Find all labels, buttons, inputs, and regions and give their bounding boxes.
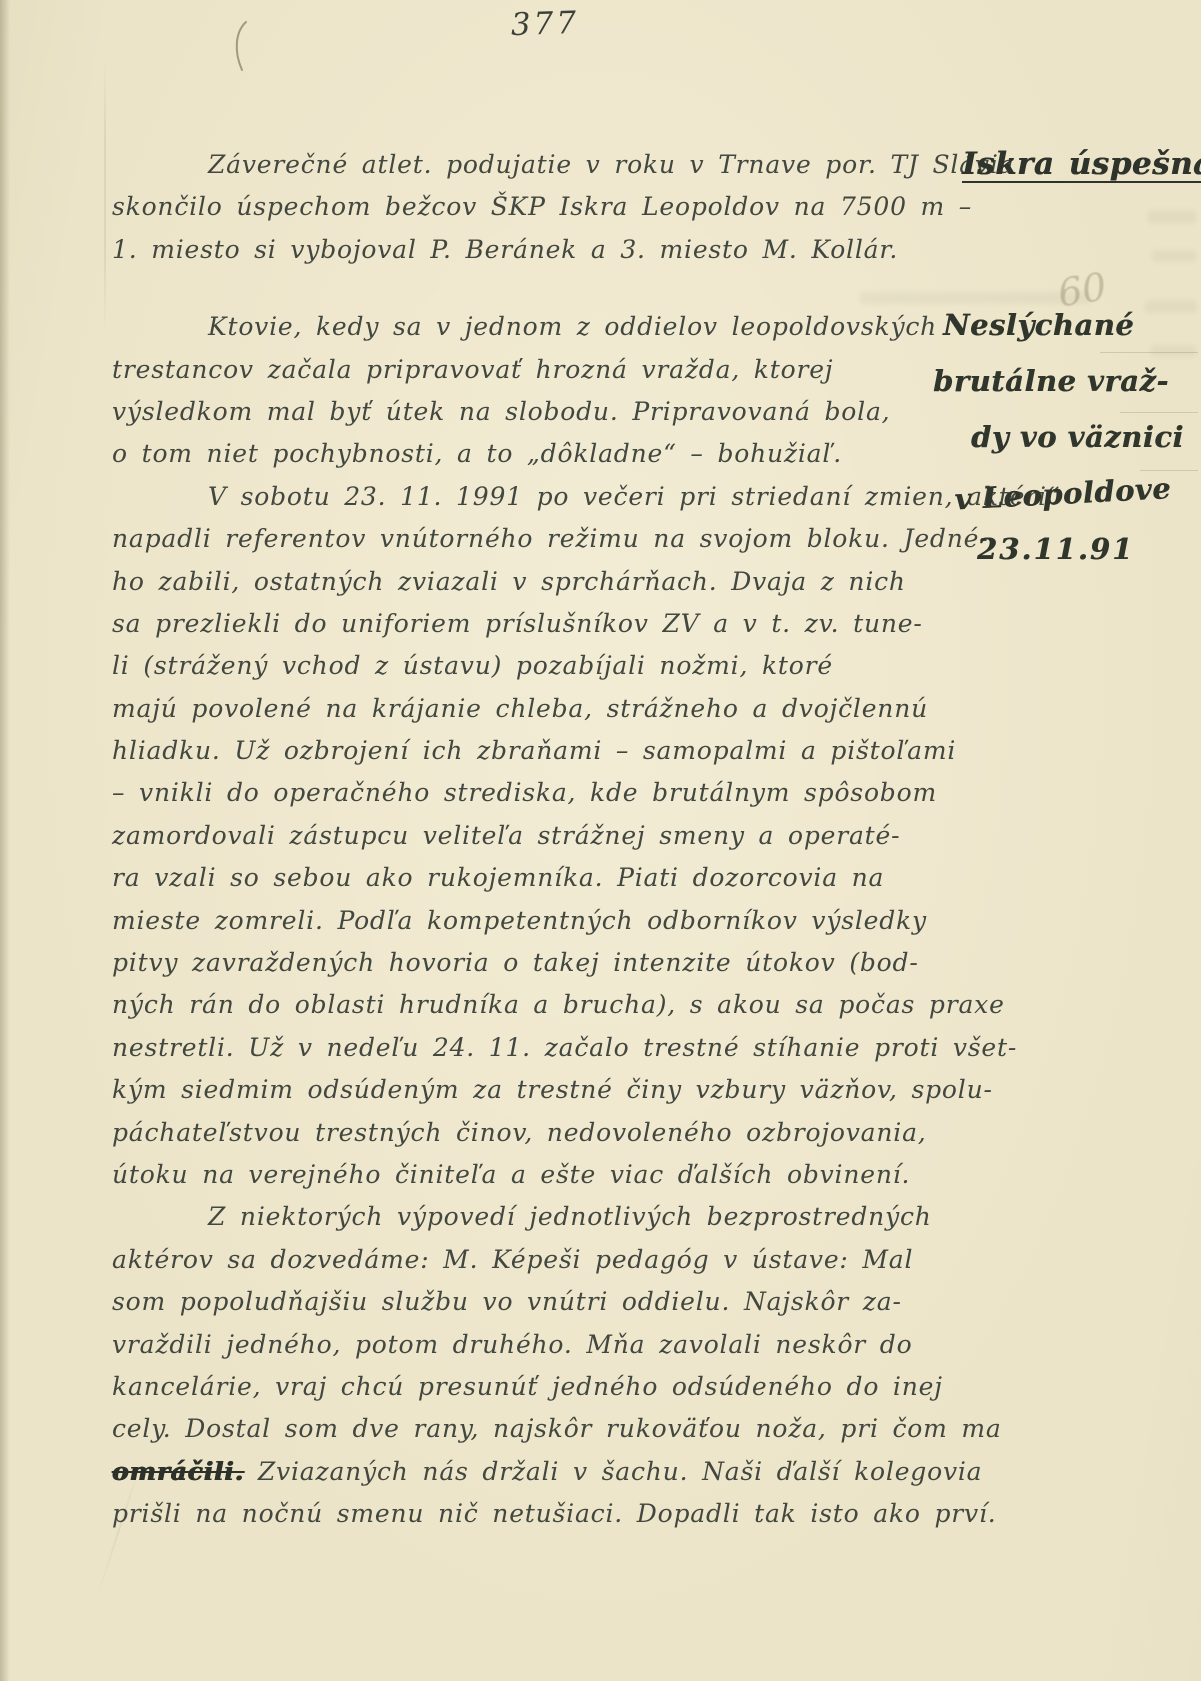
manuscript-line: ných rán do oblasti hrudníka a brucha), …: [112, 990, 957, 1032]
manuscript-line: Záverečné atlet. podujatie v roku v Trna…: [112, 150, 957, 192]
manuscript-line: útoku na verejného činiteľa a ešte viac …: [112, 1160, 957, 1202]
bleedthrough-smudge: [1148, 210, 1196, 224]
margin-note-iskra: Iskra úspešná: [962, 146, 1201, 182]
manuscript-line: mieste zomreli. Podľa kompetentných odbo…: [112, 906, 957, 948]
page-number: 377: [469, 3, 620, 44]
manuscript-line: V sobotu 23. 11. 1991 po večeri pri stri…: [112, 482, 957, 524]
margin-note-line: Neslýchané: [943, 308, 1201, 364]
bleedthrough-smudge: [1152, 250, 1196, 262]
margin-note-line: 23.11.91: [977, 532, 1201, 588]
manuscript-line: li (strážený vchod z ústavu) pozabíjali …: [112, 651, 957, 693]
manuscript-line: skončilo úspechom bežcov ŠKP Iskra Leopo…: [112, 192, 957, 234]
manuscript-line: ho zabili, ostatných zviazali v sprchárň…: [112, 567, 957, 609]
manuscript-line: napadli referentov vnútorného režimu na …: [112, 524, 957, 566]
margin-note-line: brutálne vraž-: [933, 364, 1201, 420]
manuscript-line: o tom niet pochybnosti, a to „dôkladne“ …: [112, 439, 957, 481]
manuscript-line: nestretli. Už v nedeľu 24. 11. začalo tr…: [112, 1033, 957, 1075]
manuscript-line: kým siedmim odsúdeným za trestné činy vz…: [112, 1075, 957, 1117]
overwritten-word: omráčili.: [112, 1457, 244, 1486]
manuscript-line: – vnikli do operačného strediska, kde br…: [112, 778, 957, 820]
manuscript-line: hliadku. Už ozbrojení ich zbraňami – sam…: [112, 736, 957, 778]
manuscript-line: pitvy zavraždených hovoria o takej inten…: [112, 948, 957, 990]
manuscript-line: vraždili jedného, potom druhého. Mňa zav…: [112, 1330, 957, 1372]
manuscript-line: výsledkom mal byť útek na slobodu. Pripr…: [112, 397, 957, 439]
manuscript-line: cely. Dostal som dve rany, najskôr rukov…: [112, 1414, 957, 1456]
manuscript-line: prišli na nočnú smenu nič netušiaci. Dop…: [112, 1499, 957, 1541]
manuscript-line: zamordovali zástupcu veliteľa strážnej s…: [112, 821, 957, 863]
page-edge-shadow: [0, 0, 10, 1681]
manuscript-line: ra vzali so sebou ako rukojemníka. Piati…: [112, 863, 957, 905]
manuscript-line: sa prezliekli do uniforiem príslušníkov …: [112, 609, 957, 651]
margin-note-line: dy vo väznici: [971, 420, 1201, 476]
manuscript-line: majú povolené na krájanie chleba, strážn…: [112, 694, 957, 736]
manuscript-line: kancelárie, vraj chcú presunúť jedného o…: [112, 1372, 957, 1414]
manuscript-line: Z niektorých výpovedí jednotlivých bezpr…: [112, 1202, 957, 1244]
manuscript-line: som popoludňajšiu službu vo vnútri oddie…: [112, 1287, 957, 1329]
margin-note-line: v Leopoldove: [954, 470, 1201, 539]
manuscript-page: 377 60 Záverečné atlet. podujatie v roku…: [0, 0, 1201, 1681]
manuscript-line: omráčili. Zviazaných nás držali v šachu.…: [112, 1457, 957, 1499]
fold-crease: [104, 58, 106, 333]
pen-stroke-mark: [230, 20, 254, 72]
manuscript-line: trestancov začala pripravovať hrozná vra…: [112, 355, 957, 397]
manuscript-line: 1. miesto si vybojoval P. Beránek a 3. m…: [112, 235, 957, 277]
manuscript-line: Ktovie, kedy sa v jednom z oddielov leop…: [112, 312, 957, 354]
manuscript-line: aktérov sa dozvedáme: M. Képeši pedagóg …: [112, 1245, 957, 1287]
manuscript-body: Záverečné atlet. podujatie v roku v Trna…: [112, 150, 957, 1542]
margin-note-leopoldov: Neslýchanébrutálne vraž-dy vo väzniciv L…: [933, 308, 1201, 588]
manuscript-line: páchateľstvou trestných činov, nedovolen…: [112, 1118, 957, 1160]
